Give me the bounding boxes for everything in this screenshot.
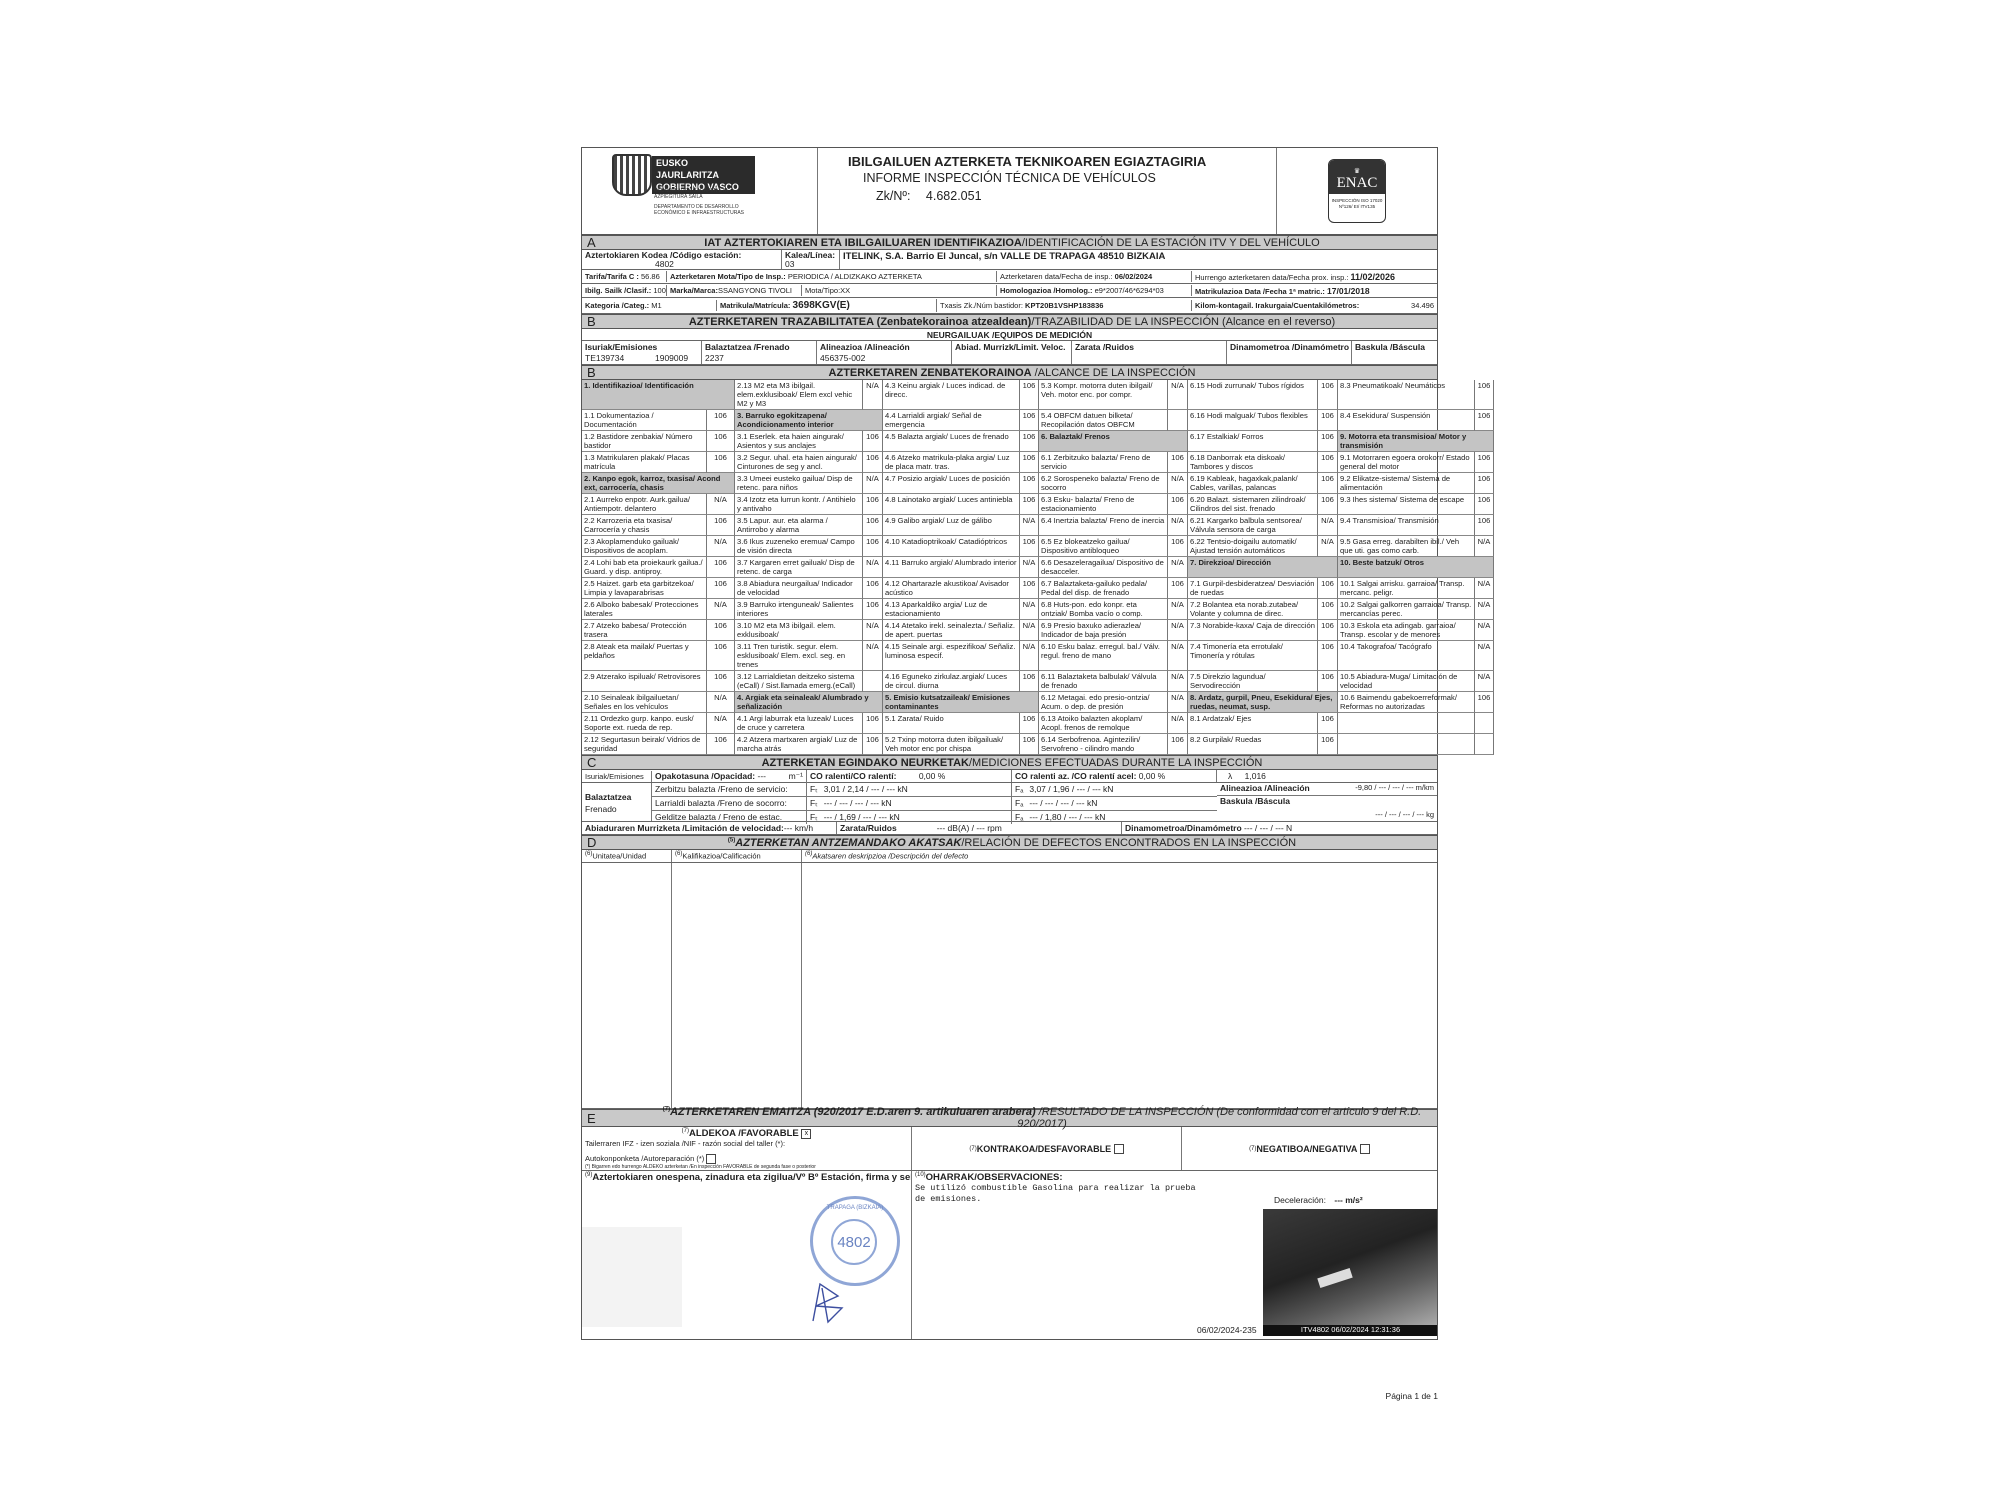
- scope-item: 6.19 Kableak, hagaxkak,palank/ Cables, v…: [1188, 473, 1318, 494]
- scope-item: 3.4 Izotz eta lurrun kontr. / Antihielo …: [735, 494, 863, 515]
- scope-item: 8.2 Gurpilak/ Ruedas: [1188, 734, 1318, 755]
- scope-item: 4.8 Lainotako argiak/ Luces antiniebla: [883, 494, 1020, 515]
- scope-group-header: 1. Identifikazioa/ Identificación: [582, 380, 735, 410]
- scope-item: 2.12 Segurtasun beirak/ Vidrios de segur…: [582, 734, 707, 755]
- scope-group-header: 3. Barruko egokitzapena/ Acondicionament…: [735, 410, 883, 431]
- speed-limit-value: --- km/h: [784, 823, 813, 833]
- scope-item: 3.11 Tren turistik. segur. elem. esklusi…: [735, 641, 863, 671]
- scope-result: N/A: [1168, 599, 1188, 620]
- vehicle-model: XX: [840, 286, 850, 295]
- scope-item: 6.12 Metagai. edo presio-ontzia/ Acum. o…: [1039, 692, 1168, 713]
- vehicle-category: M1: [651, 301, 661, 310]
- scope-item: 1.3 Matrikularen plakak/ Placas matrícul…: [582, 452, 707, 473]
- scope-result: N/A: [707, 599, 735, 620]
- scope-result: 106: [1168, 452, 1188, 473]
- scope-item: 6.2 Sorospeneko balazta/ Freno de socorr…: [1039, 473, 1168, 494]
- scope-item: 4.6 Atzeko matrikula-plaka argia/ Luz de…: [883, 452, 1020, 473]
- scale-value: --- / --- / --- / --- kg: [1220, 810, 1434, 819]
- scope-item: 9.1 Motorraren egoera orokorr/ Estado ge…: [1338, 452, 1475, 473]
- negative-checkbox[interactable]: [1360, 1144, 1370, 1154]
- scope-result: 106: [863, 431, 883, 452]
- col-rating: Kalifikazioa/Calificación: [682, 852, 760, 861]
- scope-item: 5.1 Zarata/ Ruido: [883, 713, 1020, 734]
- scope-item: 10.3 Eskola eta adingab. garraioa/ Trans…: [1338, 620, 1475, 641]
- scope-item: 4.2 Atzera martxaren argiak/ Luz de marc…: [735, 734, 863, 755]
- scope-item: 6.3 Esku- balazta/ Freno de estacionamie…: [1039, 494, 1168, 515]
- workshop-label: Tailerraren IFZ - izen soziala /NIF - ra…: [585, 1139, 908, 1148]
- scope-item: 8.1 Ardatzak/ Ejes: [1188, 713, 1318, 734]
- scope-item: [1338, 734, 1475, 755]
- crown-icon: ♛: [1354, 167, 1360, 175]
- scope-item: 3.3 Umeei eusteko gailua/ Disp de retenc…: [735, 473, 863, 494]
- co-idle-value: 0,00 %: [919, 771, 945, 781]
- brake-rear: --- / --- / --- / --- kN: [1029, 798, 1097, 808]
- favorable-label: ALDEKOA /FAVORABLE: [689, 1128, 799, 1139]
- scope-item: 9.3 Ihes sistema/ Sistema de escape: [1338, 494, 1475, 515]
- self-repair-checkbox[interactable]: [706, 1154, 716, 1164]
- scope-result: N/A: [1020, 557, 1039, 578]
- brake-rear: 3,07 / 1,96 / --- / --- kN: [1029, 784, 1113, 794]
- braking-block: BalaztatzeaFrenado Zerbitzu balazta /Fre…: [582, 783, 1437, 822]
- scope-item: 3.6 Ikus zuzeneko eremua/ Campo de visió…: [735, 536, 863, 557]
- scope-result: 106: [1475, 452, 1494, 473]
- scope-result: 106: [1020, 578, 1039, 599]
- scope-group-header: 9. Motorra eta transmisioa/ Motor y tran…: [1338, 431, 1494, 452]
- brake-row: Larrialdi balazta /Freno de socorro:Fₜ--…: [652, 797, 1217, 811]
- scope-result: 106: [1020, 452, 1039, 473]
- license-plate: 3698KGV(E): [793, 300, 850, 311]
- scope-result: N/A: [1168, 692, 1188, 713]
- lambda-value: 1,016: [1245, 771, 1266, 781]
- equipment-header: NEURGAILUAK /EQUIPOS DE MEDICIÓN: [582, 329, 1437, 341]
- scope-result: N/A: [707, 494, 735, 515]
- scope-item: [1338, 713, 1475, 734]
- scope-item: 9.2 Elikatze-sistema/ Sistema de aliment…: [1338, 473, 1475, 494]
- org-department-eu: EKONOMIAREN GARAPEN ETA AZPIEGITURA SAIL…: [654, 188, 734, 200]
- scope-result: 106: [1318, 452, 1338, 473]
- signature-observations-row: (9)Aztertokiaren onespena, zinadura eta …: [582, 1171, 1437, 1339]
- scope-result: 106: [1318, 380, 1338, 410]
- scope-result: 106: [863, 599, 883, 620]
- scope-result: N/A: [707, 713, 735, 734]
- equipment-2: Alineazioa /Alineación456375-002: [817, 341, 952, 364]
- speed-noise-row: Abiaduraren Murrizketa /Limitación de ve…: [582, 822, 1437, 835]
- scope-result: N/A: [1475, 620, 1494, 641]
- scope-item: 4.16 Eguneko zirkulaz.argiak/ Luces de c…: [883, 671, 1020, 692]
- scope-item: 3.5 Lapur. aur. eta alarma / Antirrobo y…: [735, 515, 863, 536]
- scope-result: N/A: [1475, 536, 1494, 557]
- section-e-header: E (7)AZTERKETAREN EMAITZA (920/2017 E.D.…: [582, 1109, 1437, 1127]
- report-title: IBILGAILUEN AZTERKETA TEKNIKOAREN EGIAZT…: [818, 148, 1277, 234]
- scope-result: [1475, 713, 1494, 734]
- scope-result: 106: [1475, 410, 1494, 431]
- brake-measurements: Zerbitzu balazta /Freno de servicio:Fₜ3,…: [652, 783, 1217, 821]
- inspection-type: PERIODICA / ALDIZKAKO AZTERKETA: [788, 272, 922, 281]
- inspection-scope-grid: 1. Identifikazioa/ Identificación2.13 M2…: [582, 380, 1437, 755]
- scope-item: 2.2 Karrozeria eta txasisa/ Carrocería y…: [582, 515, 707, 536]
- scope-result: 106: [707, 620, 735, 641]
- scope-item: 1.1 Dokumentazioa / Documentación: [582, 410, 707, 431]
- scope-result: N/A: [1318, 515, 1338, 536]
- scope-result: 106: [1318, 410, 1338, 431]
- coat-of-arms-icon: [612, 154, 652, 196]
- scope-result: N/A: [863, 641, 883, 671]
- scope-result: 106: [1318, 494, 1338, 515]
- scope-result: 106: [1318, 431, 1338, 452]
- unfavorable-label: KONTRAKOA/DESFAVORABLE: [977, 1144, 1111, 1154]
- scope-item: 6.15 Hodi zurrunak/ Tubos rígidos: [1188, 380, 1318, 410]
- scope-result: N/A: [707, 536, 735, 557]
- vehicle-row: Ibilg. Sailk /Clasif.: 1000 Marka/Marca:…: [582, 284, 1437, 298]
- scope-result: N/A: [1168, 671, 1188, 692]
- scope-item: 6.1 Zerbitzuko balazta/ Freno de servici…: [1039, 452, 1168, 473]
- scope-result: 106: [1020, 734, 1039, 755]
- odometer: 34.496: [1411, 301, 1434, 310]
- scope-item: 6.11 Balaztaketa balbulak/ Válvula de fr…: [1039, 671, 1168, 692]
- station-address: ITELINK, S.A. Barrio El Juncal, s/n VALL…: [840, 250, 1437, 269]
- scope-item: 2.11 Ordezko gurp. kanpo. eusk/ Soporte …: [582, 713, 707, 734]
- scope-item: 3.2 Segur. uhal. eta haien aingurak/ Cin…: [735, 452, 863, 473]
- scope-result: N/A: [1168, 557, 1188, 578]
- scope-item: 4.12 Ohartarazle akustikoa/ Avisador acú…: [883, 578, 1020, 599]
- org-department-es: DEPARTAMENTO DE DESARROLLO ECONÓMICO E I…: [654, 204, 744, 216]
- scope-item: 6.9 Presio baxuko adierazlea/ Indicador …: [1039, 620, 1168, 641]
- brake-label: Larrialdi balazta /Freno de socorro:: [655, 798, 787, 808]
- scope-item: 6.22 Tentsio-doigailu automatik/ Ajustad…: [1188, 536, 1318, 557]
- scope-result: 106: [1475, 473, 1494, 494]
- brake-front: --- / 1,69 / --- / --- kN: [824, 812, 900, 822]
- scope-item: 3.8 Abiadura neurgailua/ Indicador de ve…: [735, 578, 863, 599]
- station-stamp: TRAPAGA (BIZKAIA) 4802: [810, 1196, 900, 1286]
- emissions-row: Isuriak/Emisiones Opakotasuna /Opacidad:…: [582, 770, 1437, 783]
- scope-result: 106: [1318, 671, 1338, 692]
- scope-group-header: 5. Emisio kutsatzaileak/ Emisiones conta…: [883, 692, 1039, 713]
- scope-result: 106: [863, 578, 883, 599]
- section-a-header: A IAT AZTERTOKIAREN ETA IBILGAILUAREN ID…: [582, 235, 1437, 250]
- scope-result: 106: [1475, 515, 1494, 536]
- scope-item: 2.6 Alboko babesak/ Protecciones lateral…: [582, 599, 707, 620]
- scope-item: 3.10 M2 eta M3 ibilgail. elem. exklusibo…: [735, 620, 863, 641]
- scope-item: 4.1 Argi laburrak eta luzeak/ Luces de c…: [735, 713, 863, 734]
- scope-result: 106: [1020, 410, 1039, 431]
- scope-item: 6.7 Balaztaketa-gailuko pedala/ Pedal de…: [1039, 578, 1168, 599]
- scope-item: 4.4 Larrialdi argiak/ Señal de emergenci…: [883, 410, 1020, 431]
- scope-result: N/A: [1475, 578, 1494, 599]
- scope-result: 106: [1318, 713, 1338, 734]
- scope-result: 106: [1318, 599, 1338, 620]
- brake-row: Zerbitzu balazta /Freno de servicio:Fₜ3,…: [652, 783, 1217, 797]
- scope-result: 106: [707, 431, 735, 452]
- station-code: 4802: [585, 259, 674, 269]
- co-accel-value: 0,00 %: [1139, 771, 1165, 781]
- scope-result: [1475, 734, 1494, 755]
- scope-result: 106: [1168, 494, 1188, 515]
- defects-table-header: (6)Unitatea/Unidad (6)Kalifikazioa/Calif…: [582, 850, 1437, 863]
- equipment-1: Balaztatzea /Frenado2237: [702, 341, 817, 364]
- dyno-value: --- / --- / --- N: [1244, 823, 1292, 833]
- observations-text: Se utilizó combustible Gasolina para rea…: [915, 1183, 1205, 1205]
- scope-result: 106: [707, 515, 735, 536]
- scope-item: 4.10 Katadioptrikoak/ Catadióptricos: [883, 536, 1020, 557]
- scope-result: N/A: [1168, 515, 1188, 536]
- scope-item: 7.5 Direkzio lagundua/ Servodirección: [1188, 671, 1318, 692]
- scope-item: 9.4 Transmisioa/ Transmisión: [1338, 515, 1475, 536]
- vin: KPT20B1VSHP183836: [1025, 301, 1103, 310]
- scope-item: 4.14 Atetako irekl. seinalezta./ Señaliz…: [883, 620, 1020, 641]
- vehicle-photo: [1263, 1209, 1437, 1325]
- scope-item: 6.10 Esku balaz. erregul. bal./ Válv. re…: [1039, 641, 1168, 671]
- scope-item: 3.7 Kargaren erret gailuak/ Disp de rete…: [735, 557, 863, 578]
- scope-item: 6.8 Huts-pon. edo konpr. eta ontziak/ Bo…: [1039, 599, 1168, 620]
- opacity-value: ---: [758, 771, 767, 781]
- equipment-3: Abiad. Murrizk/Limit. Veloc.: [952, 341, 1072, 364]
- scope-item: 4.5 Balazta argiak/ Luces de frenado: [883, 431, 1020, 452]
- title-eu: IBILGAILUEN AZTERKETA TEKNIKOAREN EGIAZT…: [848, 154, 1276, 169]
- enac-logo: ENAC: [1337, 175, 1378, 192]
- scope-item: 10.5 Abiadura-Muga/ Limitación de veloci…: [1338, 671, 1475, 692]
- scope-group-header: 10. Beste batzuk/ Otros: [1338, 557, 1494, 578]
- deceleration-value: --- m/s²: [1334, 1195, 1362, 1205]
- scope-item: 2.13 M2 eta M3 ibilgail. elem.exklusiboa…: [735, 380, 863, 410]
- scope-result: 106: [863, 536, 883, 557]
- scope-item: 6.21 Kargarko balbula sentsorea/ Válvula…: [1188, 515, 1318, 536]
- scope-result: N/A: [863, 473, 883, 494]
- scope-result: 106: [707, 410, 735, 431]
- scope-item: 4.7 Posizio argiak/ Luces de posición: [883, 473, 1020, 494]
- next-inspection-date: 11/02/2026: [1351, 272, 1396, 282]
- scope-group-header: 2. Kanpo egok, karroz, txasisa/ Acond ex…: [582, 473, 735, 494]
- scope-result: N/A: [1168, 473, 1188, 494]
- scope-item: 7.3 Norabide-kaxa/ Caja de dirección: [1188, 620, 1318, 641]
- scope-result: 106: [1475, 380, 1494, 410]
- scope-result: 106: [1020, 431, 1039, 452]
- gobierno-vasco-logo: EUSKO JAURLARITZA GOBIERNO VASCO EKONOMI…: [582, 148, 818, 234]
- scope-result: 106: [1318, 734, 1338, 755]
- scope-result: 106: [1020, 536, 1039, 557]
- vehicle-make: SSANGYONG TIVOLI: [718, 286, 792, 295]
- scope-item: 6.5 Ez blokeatzeko gailua/ Dispositivo a…: [1039, 536, 1168, 557]
- station-row: Aztertokiaren Kodea /Código estación:480…: [582, 250, 1437, 270]
- scope-result: N/A: [1318, 536, 1338, 557]
- scope-item: 8.4 Esekidura/ Suspensión: [1338, 410, 1475, 431]
- footnote: (*) Bigarren edo hurrengo ALDEKO azterke…: [585, 1164, 908, 1170]
- scope-result: 106: [863, 494, 883, 515]
- scope-item: 10.1 Salgai arrisku. garraioa/ Transp. m…: [1338, 578, 1475, 599]
- homologation: e9*2007/46*6294*03: [1095, 286, 1164, 295]
- scope-item: 4.9 Galibo argiak/ Luz de gálibo: [883, 515, 1020, 536]
- signature-scribble-icon: [808, 1276, 848, 1326]
- scope-item: 7.1 Gurpil-desbideratzea/ Desviación de …: [1188, 578, 1318, 599]
- scope-item: 10.2 Salgai galkorren garraioa/ Transp. …: [1338, 599, 1475, 620]
- result-row: (7)ALDEKOA /FAVORABLE x Tailerraren IFZ …: [582, 1127, 1437, 1171]
- scope-item: 5.3 Kompr. motorra duten ibilgail/ Veh. …: [1039, 380, 1168, 410]
- scope-result: 106: [707, 578, 735, 599]
- plate-in-photo: [1317, 1268, 1352, 1288]
- scope-result: 106: [707, 452, 735, 473]
- photo-caption: ITV4802 06/02/2024 12:31:36: [1263, 1325, 1437, 1336]
- line-number: 03: [785, 259, 794, 269]
- scope-result: N/A: [1020, 641, 1039, 671]
- scope-result: 106: [1318, 641, 1338, 671]
- scope-item: 6.16 Hodi malguak/ Tubos flexibles: [1188, 410, 1318, 431]
- vehicle-class: 1000: [653, 286, 667, 295]
- scope-item: 5.2 Txinp motorra duten ibilgailuak/ Veh…: [883, 734, 1020, 755]
- scope-result: 106: [707, 641, 735, 671]
- scope-result: N/A: [1020, 620, 1039, 641]
- scope-item: 4.11 Barruko argiak/ Alumbrado interior: [883, 557, 1020, 578]
- favorable-checkbox[interactable]: x: [801, 1129, 811, 1139]
- scope-group-header: 6. Balaztak/ Frenos: [1039, 431, 1188, 452]
- equipment-0: Isuriak/EmisionesTE1397341909009: [582, 341, 702, 364]
- scope-result: [1168, 410, 1188, 431]
- report-header: EUSKO JAURLARITZA GOBIERNO VASCO EKONOMI…: [582, 148, 1437, 235]
- scope-group-header: 7. Direkzioa/ Dirección: [1188, 557, 1338, 578]
- scope-result: N/A: [1475, 641, 1494, 671]
- scope-result: N/A: [1168, 713, 1188, 734]
- stamp-number: 4802: [831, 1219, 877, 1265]
- scope-item: 3.12 Larrialdietan deitzeko sistema (eCa…: [735, 671, 863, 692]
- number-label: Zk/Nº:: [876, 189, 910, 203]
- scope-result: N/A: [707, 692, 735, 713]
- inspection-date: 06/02/2024: [1115, 272, 1153, 281]
- enac-text: INSPECCIÓN ISO 17020 Nº126/ EI/ ITV135: [1329, 194, 1385, 209]
- scope-item: 6.18 Danborrak eta diskoak/ Tambores y d…: [1188, 452, 1318, 473]
- section-b-scope-header: B AZTERKETAREN ZENBATEKORAINOA /ALCANCE …: [582, 365, 1437, 380]
- noise-value: --- dB(A) / --- rpm: [937, 823, 1002, 833]
- scope-item: 4.13 Aparkaldiko argia/ Luz de estaciona…: [883, 599, 1020, 620]
- self-repair-label: Autokonponketa /Autoreparación (*): [585, 1154, 704, 1163]
- scope-result: 106: [1318, 473, 1338, 494]
- scope-result: N/A: [863, 380, 883, 410]
- brake-front: --- / --- / --- / --- kN: [824, 798, 892, 808]
- col-description: Akatsaren deskripzioa /Descripción del d…: [812, 852, 968, 861]
- report-number: 4.682.051: [926, 189, 982, 203]
- equipment-row: Isuriak/EmisionesTE1397341909009Balaztat…: [582, 341, 1437, 365]
- scope-item: 6.14 Serbofrenoa. Agintezilin/ Servofren…: [1039, 734, 1168, 755]
- scope-result: 106: [1318, 578, 1338, 599]
- scope-result: 106: [1020, 713, 1039, 734]
- scope-result: N/A: [1475, 671, 1494, 692]
- scope-item: 2.1 Aurreko enpotr. Aurk.gailua/ Antiemp…: [582, 494, 707, 515]
- scope-item: 2.3 Akoplamenduko gailuak/ Dispositivos …: [582, 536, 707, 557]
- equipment-4: Zarata /Ruidos: [1072, 341, 1227, 364]
- scope-result: 106: [863, 515, 883, 536]
- scope-result: 106: [863, 452, 883, 473]
- scope-result: 106: [707, 671, 735, 692]
- scope-item: 10.4 Takografoa/ Tacógrafo: [1338, 641, 1475, 671]
- scope-item: 3.9 Barruko irtenguneak/ Salientes inter…: [735, 599, 863, 620]
- scope-item: 2.7 Atzeko babesa/ Protección trasera: [582, 620, 707, 641]
- scope-group-header: 4. Argiak eta seinaleak/ Alumbrado y señ…: [735, 692, 883, 713]
- inspection-report: EUSKO JAURLARITZA GOBIERNO VASCO EKONOMI…: [581, 147, 1438, 1392]
- negative-label: NEGATIBOA/NEGATIVA: [1256, 1144, 1357, 1154]
- brake-label: Gelditze balazta / Freno de estac.: [655, 812, 782, 822]
- scope-item: 2.4 Lohi bab eta proiekaurk gailua./ Gua…: [582, 557, 707, 578]
- scope-result: N/A: [1475, 599, 1494, 620]
- scope-result: 106: [1475, 692, 1494, 713]
- col-unit: Unitatea/Unidad: [592, 852, 646, 861]
- scope-result: 106: [707, 557, 735, 578]
- scope-result: 106: [1168, 734, 1188, 755]
- tariff: 56.86: [641, 272, 660, 281]
- equipment-5: Dinamometroa /Dinamómetro: [1227, 341, 1352, 364]
- scope-item: 6.4 Inertzia balazta/ Freno de inercia: [1039, 515, 1168, 536]
- equipment-6: Baskula /Báscula: [1352, 341, 1437, 364]
- registration-date: 17/01/2018: [1327, 286, 1370, 296]
- scope-result: N/A: [863, 620, 883, 641]
- scope-result: N/A: [1168, 380, 1188, 410]
- page-number: Página 1 de 1: [1386, 1391, 1438, 1401]
- scope-item: 7.2 Bolantea eta norab.zutabea/ Volante …: [1188, 599, 1318, 620]
- alignment-value: -9,80 / --- / --- / --- m/km: [1355, 783, 1434, 792]
- scope-item: 6.17 Estalkiak/ Forros: [1188, 431, 1318, 452]
- section-b-trace-header: B AZTERKETAREN TRAZABILITATEA (Zenbateko…: [582, 314, 1437, 329]
- scope-result: 106: [707, 734, 735, 755]
- signature-label: Aztertokiaren onespena, zinadura eta zig…: [592, 1172, 912, 1183]
- scope-item: 4.15 Seinale argi. espezifikoa/ Señaliz.…: [883, 641, 1020, 671]
- scope-item: 2.9 Atzerako ispiluak/ Retrovisores: [582, 671, 707, 692]
- inspection-row: Tarifa/Tarifa C : 56.86 Azterketaren Mot…: [582, 270, 1437, 284]
- scope-result: 106: [1020, 671, 1039, 692]
- scope-result: [863, 671, 883, 692]
- scope-item: 6.6 Desazeleragailua/ Dispositivo de des…: [1039, 557, 1168, 578]
- scope-result: N/A: [863, 557, 883, 578]
- scope-item: 1.2 Bastidore zenbakia/ Número bastidor: [582, 431, 707, 452]
- scope-item: 4.3 Keinu argiak / Luces indicad. de dir…: [883, 380, 1020, 410]
- scope-result: N/A: [1168, 641, 1188, 671]
- scope-result: 106: [1020, 473, 1039, 494]
- scope-result: 106: [863, 734, 883, 755]
- scope-item: 6.20 Balazt. sistemaren zilindroak/ Cili…: [1188, 494, 1318, 515]
- scope-item: 2.5 Haizet. garb eta garbitzekoa/ Limpia…: [582, 578, 707, 599]
- scope-result: 106: [1020, 380, 1039, 410]
- section-c-header: C AZTERKETAN EGINDAKO NEURKETAK/MEDICION…: [582, 755, 1437, 770]
- scope-item: 8.3 Pneumatikoak/ Neumáticos: [1338, 380, 1475, 410]
- scope-item: 6.13 Atoiko balazten akoplam/ Acopl. fre…: [1039, 713, 1168, 734]
- scope-result: 106: [1318, 620, 1338, 641]
- brake-label: Zerbitzu balazta /Freno de servicio:: [655, 784, 788, 794]
- scope-item: 9.5 Gasa erreg. darabilten ibil./ Veh qu…: [1338, 536, 1475, 557]
- scope-item: 3.1 Eserlek. eta haien aingurak/ Asiento…: [735, 431, 863, 452]
- scope-result: 106: [1168, 578, 1188, 599]
- scope-item: 2.8 Ateak eta mailak/ Puertas y peldaños: [582, 641, 707, 671]
- unfavorable-checkbox[interactable]: [1114, 1144, 1124, 1154]
- signature-area: [582, 1227, 682, 1327]
- brake-rear: --- / 1,80 / --- / --- kN: [1029, 812, 1105, 822]
- brake-front: 3,01 / 2,14 / --- / --- kN: [824, 784, 908, 794]
- scope-result: N/A: [1020, 599, 1039, 620]
- scope-group-header: 8. Ardatz, gurpil, Pneu, Esekidura/ Ejes…: [1188, 692, 1338, 713]
- scope-result: N/A: [1168, 620, 1188, 641]
- title-es: INFORME INSPECCIÓN TÉCNICA DE VEHÍCULOS: [848, 171, 1276, 185]
- scope-item: 2.10 Seinaleak ibilgailuetan/ Señales en…: [582, 692, 707, 713]
- scope-item: 5.4 OBFCM datuen bilketa/ Recopilación d…: [1039, 410, 1168, 431]
- defects-table-body: [582, 863, 1437, 1109]
- section-d-header: D (5)AZTERKETAN ANTZEMANDAKO AKATSAK/REL…: [582, 835, 1437, 850]
- enac-badge: ♛ENAC INSPECCIÓN ISO 17020 Nº126/ EI/ IT…: [1277, 148, 1437, 234]
- observations-label: OHARRAK/OBSERVACIONES:: [926, 1172, 1063, 1183]
- report-frame: EUSKO JAURLARITZA GOBIERNO VASCO EKONOMI…: [581, 147, 1438, 1340]
- scope-result: N/A: [1020, 515, 1039, 536]
- scope-result: 106: [1475, 494, 1494, 515]
- scope-item: 7.4 Timonería eta errotulak/ Timonería y…: [1188, 641, 1318, 671]
- id-row: Kategoria /Categ.: M1 Matrikula/Matrícul…: [582, 298, 1437, 314]
- document-reference: 06/02/2024-235: [1197, 1325, 1257, 1335]
- scope-result: 106: [1020, 494, 1039, 515]
- scope-result: 106: [1168, 536, 1188, 557]
- scope-result: 106: [863, 713, 883, 734]
- scope-item: 10.6 Baimendu gabekoerreformak/ Reformas…: [1338, 692, 1475, 713]
